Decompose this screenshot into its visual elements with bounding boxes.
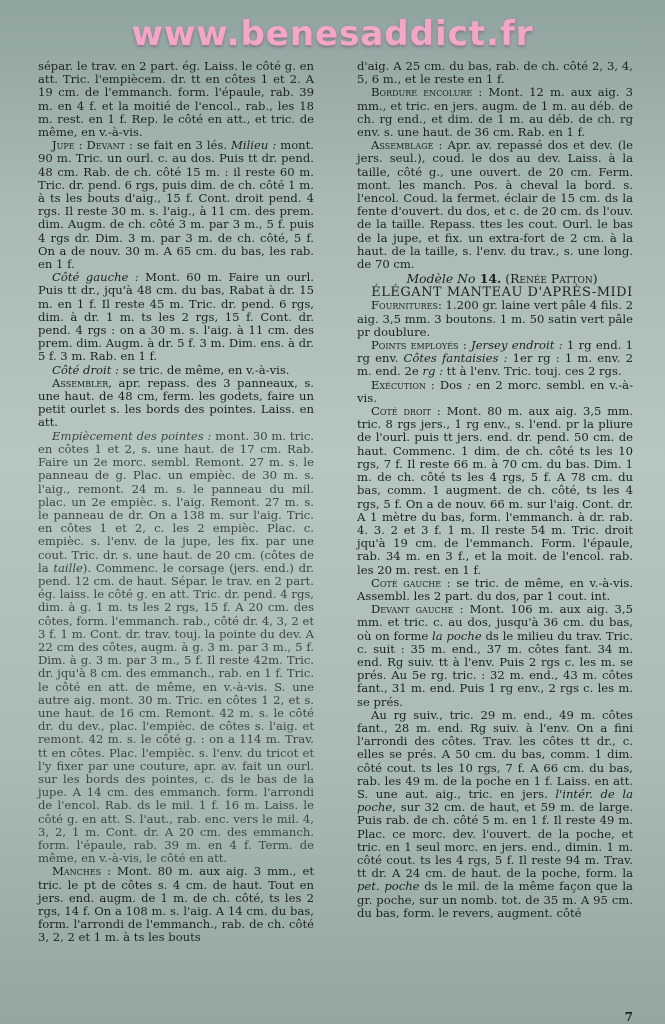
- model-number: 14.: [475, 271, 501, 286]
- text-columns: sépar. le trav. en 2 part. ég. Laiss. le…: [38, 60, 633, 945]
- paragraph-cote-gauche-dos: Coté gauche : se tric. de même, en v.-à-…: [357, 577, 633, 603]
- watermark: www.benesaddict.fr: [0, 14, 665, 54]
- section-label-cote-droit: Coté droit: [371, 404, 431, 418]
- section-label-manches: Manches: [52, 864, 101, 878]
- section-label-devant-gauche: Devant gauche: [371, 602, 453, 616]
- section-label-assembler: Assembler: [52, 376, 108, 390]
- paragraph-fournitures: Fournitures: 1.200 gr. laine vert pâle 4…: [357, 299, 633, 339]
- paragraph-points-employes: Points employés : Jersey endroit : 1 rg …: [357, 339, 633, 379]
- paragraph-empiecement: Empiècement des pointes : mont. 30 m. tr…: [38, 430, 314, 866]
- model-heading: Modèle No 14. (Renée Patton): [357, 271, 633, 286]
- paragraph-devant-gauche: Devant gauche : Mont. 106 m. aux aig. 3,…: [357, 603, 633, 709]
- left-column: sépar. le trav. en 2 part. ég. Laiss. le…: [38, 60, 314, 945]
- paragraph-cote-gauche: Côté gauche : Mont. 60 m. Faire un ourl.…: [38, 271, 314, 363]
- subsection-label-cote-gauche: Côté gauche :: [52, 270, 139, 284]
- subsection-label-cote-droit: Côté droit :: [52, 363, 119, 377]
- paragraph-manches: Manches : Mont. 80 m. aux aig. 3 mm., et…: [38, 865, 314, 944]
- subsection-label-empiecement: Empiècement des pointes :: [52, 429, 211, 443]
- model-designer: (Renée Patton): [501, 271, 597, 286]
- section-label-points: Points employés: [371, 338, 459, 352]
- page-number: 7: [625, 1010, 633, 1024]
- paragraph-cote-droit-dos: Coté droit : Mont. 80 m. aux aig. 3,5 mm…: [357, 405, 633, 577]
- paragraph-jupe-devant: Jupe : Devant : se fait en 3 lés. Milieu…: [38, 139, 314, 271]
- section-label-jupe: Jupe : Devant: [52, 138, 125, 152]
- subsection-label-milieu: Milieu :: [231, 138, 276, 152]
- section-label-bordure: Bordure encolure: [371, 85, 472, 99]
- paragraph-assemblage: Assemblage : Apr. av. repassé dos et dev…: [357, 139, 633, 271]
- section-label-assemblage: Assemblage: [371, 138, 433, 152]
- paragraph-assembler: Assembler, apr. repass. des 3 panneaux, …: [38, 377, 314, 430]
- right-column: d'aig. A 25 cm. du bas, rab. de ch. côté…: [357, 60, 633, 945]
- paragraph-au-rg-suiv: Au rg suiv., tric. 29 m. end., 49 m. côt…: [357, 709, 633, 920]
- paragraph-execution: Exécution : Dos : en 2 morc. sembl. en v…: [357, 379, 633, 405]
- section-label-cote-gauche: Coté gauche: [371, 576, 441, 590]
- section-label-fournitures: Fournitures: [371, 298, 438, 312]
- paragraph-bordure-encolure: Bordure encolure : Mont. 12 m. aux aig. …: [357, 86, 633, 139]
- paragraph-corsage-end: sépar. le trav. en 2 part. ég. Laiss. le…: [38, 60, 314, 139]
- section-label-execution: Exécution: [371, 378, 426, 392]
- paragraph-manches-end: d'aig. A 25 cm. du bas, rab. de ch. côté…: [357, 60, 633, 86]
